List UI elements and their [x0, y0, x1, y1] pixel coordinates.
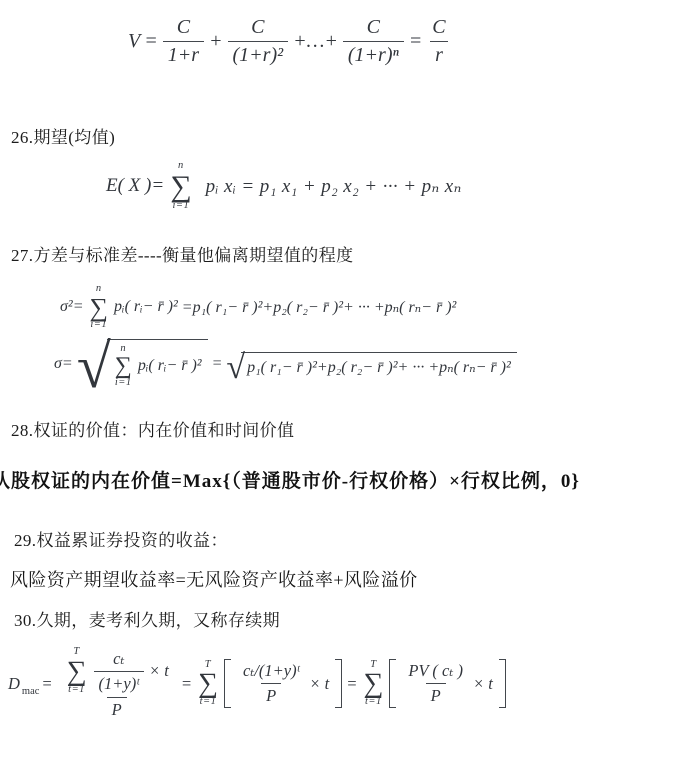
outer-denominator: P [107, 697, 127, 720]
bracket-group: cₜ/(1+y)ᵗ P × t [224, 659, 342, 708]
summation: T ∑ t=1 [363, 660, 383, 708]
fraction: cₜ/(1+y)ᵗ P [238, 661, 304, 706]
risk-return-line: 风险资产期望收益率=无风险资产收益率+风险溢价 [10, 566, 418, 592]
numerator: cₜ/(1+y)ᵗ [238, 661, 304, 683]
subscript-mac: mac [22, 686, 40, 697]
fraction: PV ( cₜ ) P [403, 661, 468, 706]
outer-numerator: T ∑ t=1 cₜ (1+y)ᵗ × t [58, 647, 176, 697]
equals-sign: = [212, 355, 223, 373]
d-mac-symbol: D mac [6, 674, 39, 694]
denominator: P [426, 683, 446, 706]
general-term: pᵢ( rᵢ− r̄ )² [114, 298, 178, 316]
sigma-icon: ∑ [89, 295, 108, 320]
heading-28-warrant-value: 28.权证的价值：内在价值和时间价值 [11, 416, 294, 441]
warrant-intrinsic-value-line: 认股权证的内在价值=Max{（普通股市价-行权价格）×行权比例，0} [0, 466, 580, 493]
formula-lhs: σ²= [60, 298, 83, 316]
sum-lower-limit: t=1 [200, 697, 217, 708]
equals-sign: = [346, 674, 357, 694]
heading-26-expectation: 26.期望(均值) [11, 123, 115, 148]
equals-sign: = [181, 674, 192, 694]
ellipsis: +…+ [293, 30, 338, 53]
sum-lower-limit: t=1 [365, 697, 382, 708]
formula-lhs: σ= [54, 355, 73, 373]
equals-sign: = [41, 674, 52, 694]
heading-29-equity-return: 29.权益累证券投资的收益： [14, 526, 228, 551]
formula-rhs: =p₁( r₁− r̄ )²+p₂( r₂− r̄ )²+ ··· +pₙ( r… [182, 297, 457, 317]
variable-d: D [8, 674, 20, 694]
radicand: n ∑ i=1 pᵢ( rᵢ− r̄ )² [107, 339, 208, 390]
denominator: r [430, 41, 448, 67]
formula-lhs: E( X )= [106, 175, 164, 197]
radical-group: √ n ∑ i=1 pᵢ( rᵢ− r̄ )² [77, 339, 208, 390]
radical-icon: √ [77, 343, 111, 393]
numerator: C [427, 16, 450, 41]
sum-lower-limit: i=1 [115, 378, 132, 389]
radical-group: √ p₁( r₁− r̄ )²+p₂( r₂− r̄ )²+ ··· +pₙ( … [226, 351, 516, 378]
fraction: C (1+r)ⁿ [343, 16, 404, 67]
sum-lower-limit: i=1 [173, 201, 190, 212]
bracket-content: PV ( cₜ ) P × t [399, 659, 495, 708]
denominator: (1+r)² [228, 41, 289, 67]
numerator: C [362, 16, 385, 41]
numerator: PV ( cₜ ) [403, 661, 468, 683]
sum-lower-limit: t=1 [68, 685, 85, 696]
radical-icon: √ [226, 354, 245, 381]
bracket-content: cₜ/(1+y)ᵗ P × t [234, 659, 332, 708]
sigma-icon: ∑ [115, 355, 132, 379]
sigma-icon: ∑ [67, 658, 87, 685]
denominator: 1+r [163, 41, 204, 67]
summation: T ∑ t=1 [198, 660, 218, 708]
numerator: cₜ [108, 649, 129, 671]
left-bracket-icon [224, 659, 231, 708]
heading-30-duration: 30.久期，麦考利久期，又称存续期 [14, 606, 280, 631]
summation: n ∑ i=1 [89, 284, 108, 330]
fraction: C 1+r [163, 16, 204, 67]
expectation-formula: E( X )= n ∑ i=1 pᵢ xᵢ = p₁ x₁ + p₂ x₂ + … [104, 161, 464, 211]
sigma-icon: ∑ [198, 670, 218, 697]
right-bracket-icon [499, 659, 506, 708]
sum-lower-limit: i=1 [90, 320, 107, 331]
macaulay-duration-formula: D mac = T ∑ t=1 cₜ (1+y)ᵗ × t P = T ∑ [6, 647, 508, 720]
inner-fraction: cₜ (1+y)ᵗ [94, 649, 144, 694]
right-bracket-icon [335, 659, 342, 708]
denominator: P [261, 683, 281, 706]
stddev-formula: σ= √ n ∑ i=1 pᵢ( rᵢ− r̄ )² = √ p₁( r₁− r… [52, 339, 519, 390]
variable-v: V [128, 30, 140, 53]
fraction: C r [427, 16, 450, 67]
numerator: C [172, 16, 195, 41]
heading-27-variance: 27.方差与标准差----衡量他偏离期望值的程度 [11, 241, 354, 266]
times-t: × t [309, 674, 329, 694]
present-value-formula: V = C 1+r + C (1+r)² +…+ C (1+r)ⁿ = C r [126, 16, 454, 67]
plus-sign: + [209, 30, 223, 53]
summation: T ∑ t=1 [67, 647, 87, 695]
bracket-group: PV ( cₜ ) P × t [389, 659, 505, 708]
left-bracket-icon [389, 659, 396, 708]
general-term: pᵢ( rᵢ− r̄ )² [138, 357, 202, 375]
formula-rhs: pᵢ xᵢ = p₁ x₁ + p₂ x₂ + ··· + pₙ xₙ [206, 175, 462, 198]
times-t: × t [149, 661, 169, 681]
sigma-icon: ∑ [363, 670, 383, 697]
denominator: (1+r)ⁿ [343, 41, 404, 67]
outer-fraction: T ∑ t=1 cₜ (1+y)ᵗ × t P [58, 647, 176, 720]
variance-formula: σ²= n ∑ i=1 pᵢ( rᵢ− r̄ )² =p₁( r₁− r̄ )²… [58, 284, 458, 330]
times-t: × t [473, 674, 493, 694]
denominator: (1+y)ᵗ [94, 671, 144, 694]
sigma-icon: ∑ [170, 172, 191, 201]
summation: n ∑ i=1 [115, 344, 132, 389]
summation: n ∑ i=1 [170, 161, 191, 211]
fraction: C (1+r)² [228, 16, 289, 67]
equals-sign: = [144, 30, 158, 53]
expanded-terms: p₁( r₁− r̄ )²+p₂( r₂− r̄ )²+ ··· +pₙ( rₙ… [247, 357, 511, 377]
equals-sign: = [409, 30, 423, 53]
radicand: p₁( r₁− r̄ )²+p₂( r₂− r̄ )²+ ··· +pₙ( rₙ… [241, 352, 517, 378]
document-page: V = C 1+r + C (1+r)² +…+ C (1+r)ⁿ = C r … [0, 0, 675, 773]
numerator: C [246, 16, 269, 41]
